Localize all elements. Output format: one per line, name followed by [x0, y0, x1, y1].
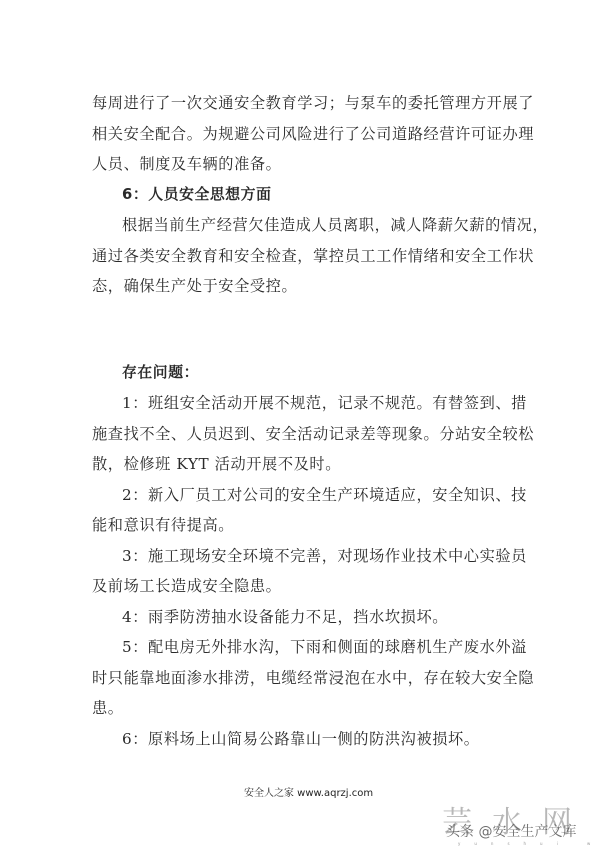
watermark-source-text: 头条 @安全生产文库 [446, 821, 576, 841]
problem-item-line: 时只能靠地面渗水排涝，电缆经常浸泡在水中，存在较大安全隐 [92, 663, 512, 694]
text-line: 每周进行了一次交通安全教育学习；与泵车的委托管理方开展了 [92, 88, 512, 119]
problem-item-line: 2：新入厂员工对公司的安全生产环境适应，安全知识、技 [92, 480, 512, 511]
problems-heading: 存在问题： [92, 358, 512, 389]
text-line: 态，确保生产处于安全受控。 [92, 271, 512, 302]
problem-item-line: 施查找不全、人员迟到、安全活动记录差等现象。分站安全较松 [92, 419, 512, 450]
document-page: 每周进行了一次交通安全教育学习；与泵车的委托管理方开展了 相关安全配合。为规避公… [92, 88, 512, 754]
footer-site-text: 安全人之家 www.aqrzj.com [244, 784, 373, 799]
problem-item-line: 患。 [92, 693, 512, 724]
problem-item-line: 能和意识有待提高。 [92, 510, 512, 541]
problem-item-line: 及前场工长造成安全隐患。 [92, 571, 512, 602]
problem-item-line: 1：班组安全活动开展不规范，记录不规范。有替签到、措 [92, 388, 512, 419]
section-heading: 6：人员安全思想方面 [92, 180, 512, 211]
problem-item-line: 5：配电房无外排水沟，下雨和侧面的球磨机生产废水外溢 [92, 632, 512, 663]
text-line: 根据当前生产经营欠佳造成人员离职，减人降薪欠薪的情况， [92, 210, 512, 241]
problem-item-line: 3：施工现场安全环境不完善，对现场作业技术中心实验员 [92, 541, 512, 572]
text-line: 人员、制度及车辆的准备。 [92, 149, 512, 180]
problem-item-line: 4：雨季防涝抽水设备能力不足，挡水坎损坏。 [92, 602, 512, 633]
text-line: 通过各类安全教育和安全检查，掌控员工工作情绪和安全工作状 [92, 241, 512, 272]
watermark: 芸水网 头条 @安全生产文库 yunshui wang [440, 797, 600, 849]
watermark-small-text: yunshui wang [458, 841, 600, 846]
spacer [92, 302, 512, 358]
problem-item-line: 散，检修班 KYT 活动开展不及时。 [92, 449, 512, 480]
text-line: 相关安全配合。为规避公司风险进行了公司道路经营许可证办理 [92, 119, 512, 150]
problem-item-line: 6：原料场上山简易公路靠山一侧的防洪沟被损坏。 [92, 724, 512, 755]
